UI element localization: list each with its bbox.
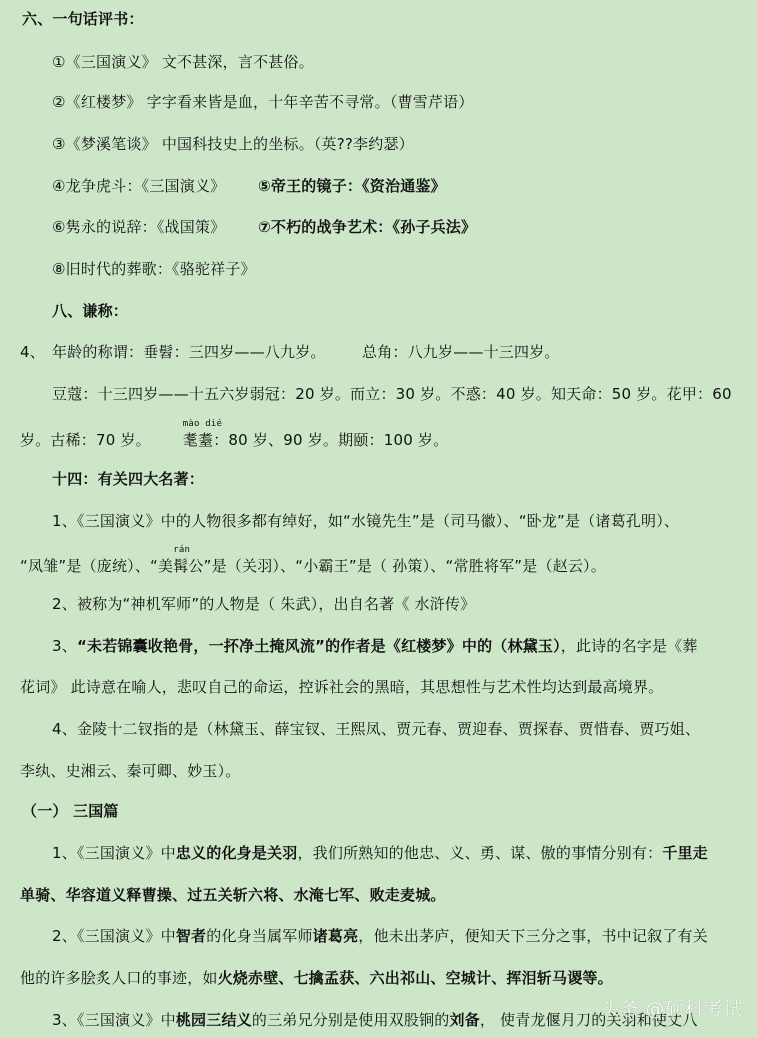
pinyin-annotation: rán — [173, 545, 190, 555]
list-number: 4、 — [20, 342, 45, 362]
zhuge-para-line-2: 他的许多脍炙人口的事迹，如火烧赤壁、七擒孟获、六出祁山、空城计、挥泪斩马谡等。 — [20, 968, 613, 988]
guanyu-para-line-1: 1、《三国演义》中忠义的化身是关羽，我们所熟知的他忠、义、勇、谋、傲的事情分别有… — [52, 843, 708, 863]
review-item-5: ⑤帝王的镜子：《资治通鉴》 — [258, 176, 446, 196]
age-term-line-3: 岁。古稀：70 岁。 mào dié 耄耋 ：80 岁、90 岁。期颐：100 … — [20, 430, 448, 450]
jinling-para-line-2: 李纨、史湘云、秦可卿、妙玉）。 — [20, 761, 241, 781]
review-item-6: ⑥隽永的说辞：《战国策》 — [52, 217, 225, 237]
review-item-4: ④龙争虎斗：《三国演义》 — [52, 176, 225, 196]
jinling-para-line-1: 4、金陵十二钗指的是（林黛玉、薛宝钗、王熙凤、贾元春、贾迎春、贾探春、贾惜春、贾… — [52, 719, 700, 739]
pinyin-annotated-word: mào dié 耄耋 — [183, 430, 213, 450]
shenji-junshi-para: 2、被称为“神机军师”的人物是（ 朱武），出自名著《 水浒传》 — [52, 594, 475, 614]
watermark: 头条 @硕科考试 — [600, 997, 743, 1021]
age-term-line-3b: ：80 岁、90 岁。期颐：100 岁。 — [213, 431, 448, 449]
review-item-3: ③《梦溪笔谈》 中国科技史上的坐标。（英??李约瑟） — [52, 134, 414, 154]
document-page: 六、一句话评书： ①《三国演义》 文不甚深，言不甚俗。 ②《红楼梦》 字字看来皆… — [0, 0, 757, 1038]
age-term-line-2: 豆蔻：十三四岁——十五六岁弱冠：20 岁。而立：30 岁。不惑：40 岁。知天命… — [52, 384, 732, 404]
review-item-1: ①《三国演义》 文不甚深，言不甚俗。 — [52, 52, 314, 72]
review-item-7: ⑦不朽的战争艺术：《孙子兵法》 — [258, 217, 476, 237]
age-term-line-1b: 总角：八九岁——十三四岁。 — [362, 342, 560, 362]
age-term-line-3a: 岁。古稀：70 岁。 — [20, 431, 151, 449]
zanghua-para-line-1: 3、“未若锦囊收艳骨，一抔净土掩风流”的作者是《红楼梦》中的（林黛玉），此诗的名… — [52, 636, 698, 656]
pinyin-annotated-word: rán髯 — [173, 556, 188, 576]
section-heading-eight: 八、谦称： — [52, 301, 128, 321]
section-heading-six: 六、一句话评书： — [22, 9, 144, 29]
section-heading-fourteen: 十四：有关四大名著： — [52, 469, 204, 489]
nickname-para-line-2: “凤雏”是（庞统）、“美rán髯公”是（关羽）、“小霸王”是（ 孙策）、“常胜将… — [20, 556, 606, 576]
review-item-2: ②《红楼梦》 字字看来皆是血，十年辛苦不寻常。（曹雪芹语） — [52, 92, 474, 112]
nickname-para-line-1: 1、《三国演义》中的人物很多都有绰好，如“水镜先生”是（司马徽）、“卧龙”是（诸… — [52, 511, 679, 531]
section-heading-sanguo: （一） 三国篇 — [22, 801, 119, 821]
pinyin-annotation: mào dié — [183, 419, 222, 429]
zhuge-para-line-1: 2、《三国演义》中智者的化身当属军师诸葛亮，他未出茅庐，便知天下三分之事，书中记… — [52, 926, 708, 946]
zanghua-para-line-2: 花词》 此诗意在喻人，悲叹自己的命运，控诉社会的黑暗，其思想性与艺术性均达到最高… — [20, 677, 663, 697]
review-item-8: ⑧旧时代的葬歌：《骆驼祥子》 — [52, 259, 256, 279]
age-term-line-1a: 年龄的称谓：垂髫：三四岁——八九岁。 — [52, 342, 326, 362]
guanyu-para-line-2: 单骑、华容道义释曹操、过五关斩六将、水淹七军、败走麦城。 — [20, 885, 446, 905]
